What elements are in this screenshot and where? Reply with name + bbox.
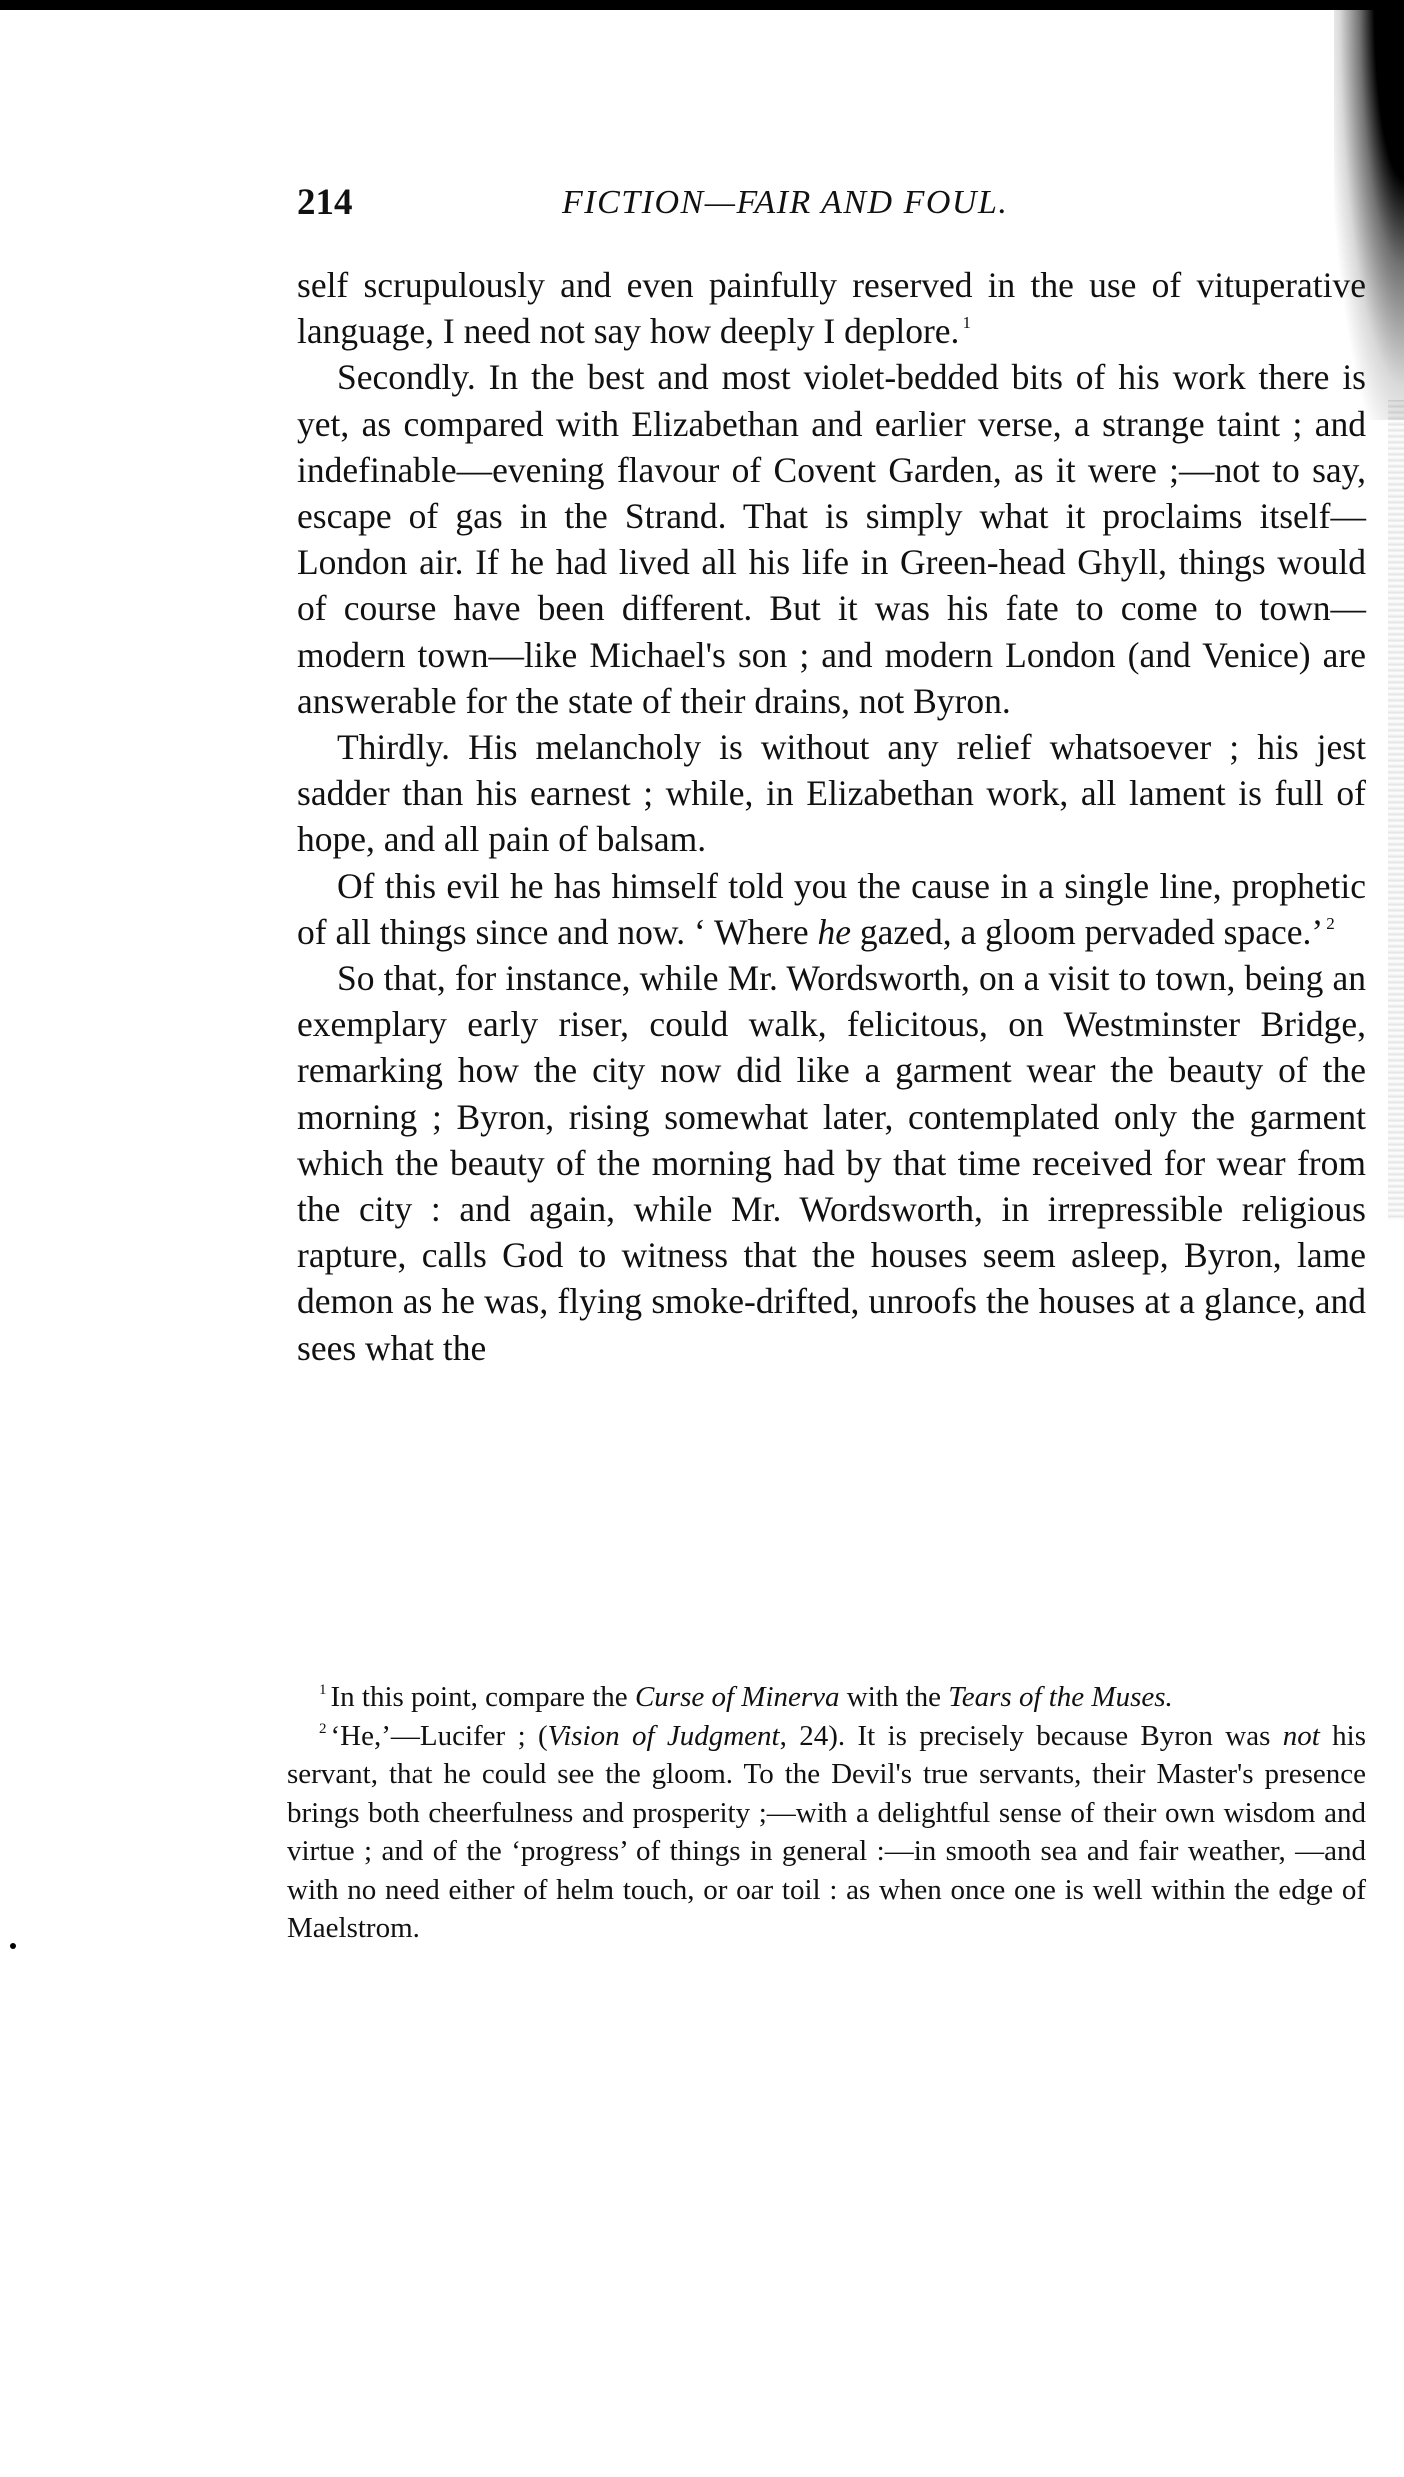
footnote-reference[interactable]: 1 bbox=[962, 313, 971, 332]
scan-top-border bbox=[0, 0, 1404, 10]
paragraph: Secondly. In the best and most violet-be… bbox=[297, 354, 1366, 724]
paragraph: Thirdly. His melancholy is without any r… bbox=[297, 724, 1366, 863]
footnote-reference[interactable]: 2 bbox=[1326, 914, 1335, 933]
body-text: self scrupulously and even painfully res… bbox=[297, 262, 1366, 1371]
paragraph-text: So that, for instance, while Mr. Wordswo… bbox=[297, 958, 1366, 1368]
paragraph-text: Secondly. In the best and most violet-be… bbox=[297, 357, 1366, 720]
footnote-text: ‘He,’—Lucifer ; ( bbox=[331, 1720, 548, 1752]
running-head: 214 FICTION—FAIR AND FOUL. bbox=[297, 180, 1366, 226]
paragraph-text: gazed, a gloom pervaded space.’ bbox=[851, 912, 1323, 952]
paragraph-text: self scrupulously and even painfully res… bbox=[297, 265, 1366, 351]
scan-speck bbox=[10, 1943, 16, 1949]
paragraph: self scrupulously and even painfully res… bbox=[297, 262, 1366, 354]
footnote-text: In this point, compare the bbox=[331, 1681, 635, 1713]
footnote-text: , 24). It is precisely because Byron was bbox=[780, 1720, 1283, 1752]
page-number: 214 bbox=[297, 180, 353, 226]
paragraph: So that, for instance, while Mr. Wordswo… bbox=[297, 955, 1366, 1371]
footnote-text: with the bbox=[840, 1681, 949, 1713]
work-title: Curse of Minerva bbox=[635, 1681, 840, 1713]
running-title: FICTION—FAIR AND FOUL. bbox=[562, 180, 1008, 226]
emphasis-text: not bbox=[1283, 1720, 1320, 1752]
work-title: Vision of Judgment bbox=[548, 1720, 780, 1752]
footnote-mark: 2 bbox=[319, 1721, 327, 1737]
paragraph: Of this evil he has himself told you the… bbox=[297, 863, 1366, 955]
footnote-mark: 1 bbox=[319, 1682, 327, 1698]
footnotes: 1In this point, compare the Curse of Min… bbox=[287, 1678, 1366, 1948]
scan-right-edge-noise bbox=[1388, 400, 1404, 1220]
work-title: Tears of the Muses. bbox=[948, 1681, 1173, 1713]
footnote-text: his servant, that he could see the gloom… bbox=[287, 1720, 1366, 1945]
paragraph-text: Thirdly. His melancholy is without any r… bbox=[297, 727, 1366, 859]
footnote-1: 1In this point, compare the Curse of Min… bbox=[287, 1678, 1366, 1717]
footnote-2: 2‘He,’—Lucifer ; (Vision of Judgment, 24… bbox=[287, 1717, 1366, 1948]
emphasis-text: he bbox=[818, 912, 852, 952]
